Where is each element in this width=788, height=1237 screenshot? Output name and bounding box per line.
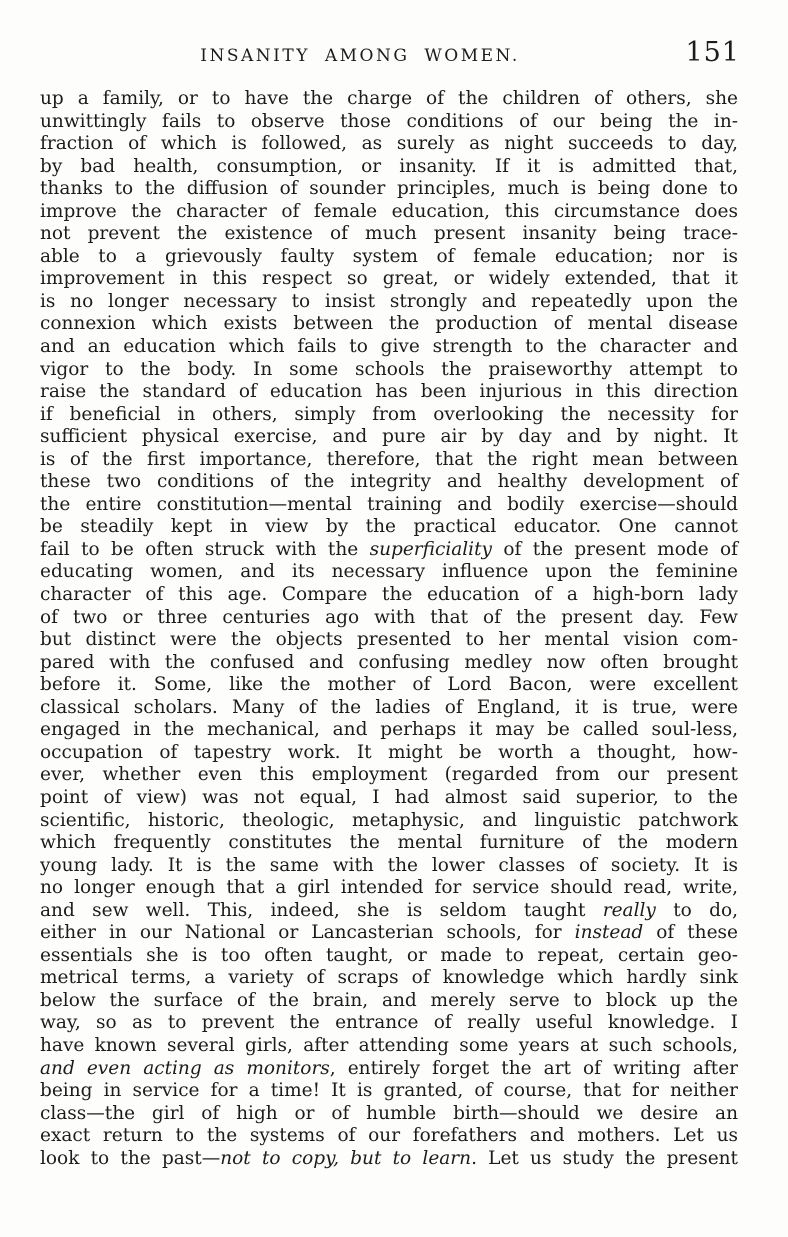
text-line: being in service for a time! It is grant… [40, 1080, 738, 1103]
body-text-segment: young lady. It is the same with the lowe… [40, 855, 738, 876]
text-line: improve the character of female educatio… [40, 201, 738, 224]
text-line: if beneficial in others, simply from ove… [40, 404, 738, 427]
body-text-segment: , entirely forget the art of writing aft… [330, 1058, 738, 1079]
body-text-segment: up a family, or to have the charge of th… [40, 88, 738, 109]
text-line: ever, whether even this employment (rega… [40, 764, 738, 787]
body-text-segment: pared with the confused and confusing me… [40, 652, 738, 673]
body-text-segment: sufficient physical exercise, and pure a… [40, 426, 738, 447]
text-line: no longer enough that a girl intended fo… [40, 877, 738, 900]
italic-text: really [603, 900, 656, 921]
body-text-segment: class—the girl of high or of humble birt… [40, 1103, 738, 1124]
text-line: fail to be often struck with the superfi… [40, 539, 738, 562]
body-text-segment: educating women, and its necessary influ… [40, 561, 738, 582]
text-line: before it. Some, like the mother of Lord… [40, 674, 738, 697]
body-text-segment: to do, [656, 900, 738, 921]
body-text-segment: and sew well. This, indeed, she is seldo… [40, 900, 603, 921]
text-line: point of view) was not equal, I had almo… [40, 787, 738, 810]
body-text-segment: unwittingly fails to observe those condi… [40, 111, 738, 132]
text-line: unwittingly fails to observe those condi… [40, 111, 738, 134]
body-text-segment: the entire constitution—mental training … [40, 494, 738, 515]
text-line: essentials she is too often taught, or m… [40, 945, 738, 968]
text-line: raise the standard of education has been… [40, 381, 738, 404]
body-text-segment: point of view) was not equal, I had almo… [40, 787, 738, 808]
text-line: is no longer necessary to insist strongl… [40, 291, 738, 314]
body-text-segment: below the surface of the brain, and mere… [40, 990, 738, 1011]
body-text-segment: but distinct were the objects presented … [40, 629, 738, 650]
body-text-segment: of these [643, 922, 738, 943]
text-line: of two or three centuries ago with that … [40, 607, 738, 630]
italic-text: instead [575, 922, 644, 943]
text-line: way, so as to prevent the entrance of re… [40, 1012, 738, 1035]
body-text-segment: essentials she is too often taught, or m… [40, 945, 738, 966]
text-line: class—the girl of high or of humble birt… [40, 1103, 738, 1126]
body-text-segment: metrical terms, a variety of scraps of k… [40, 967, 738, 988]
text-line: is of the first importance, therefore, t… [40, 449, 738, 472]
text-line: up a family, or to have the charge of th… [40, 88, 738, 111]
text-line: have known several girls, after attendin… [40, 1035, 738, 1058]
body-text-segment: able to a grievously faulty system of fe… [40, 246, 738, 267]
text-line: sufficient physical exercise, and pure a… [40, 426, 738, 449]
body-text-segment: ever, whether even this employment (rega… [40, 764, 738, 785]
body-text-segment: before it. Some, like the mother of Lord… [40, 674, 738, 695]
body-text-segment: if beneficial in others, simply from ove… [40, 404, 738, 425]
body-text-segment: of two or three centuries ago with that … [40, 607, 738, 628]
text-line: exact return to the systems of our foref… [40, 1125, 738, 1148]
text-line: pared with the confused and confusing me… [40, 652, 738, 675]
body-text-segment: classical scholars. Many of the ladies o… [40, 697, 738, 718]
text-line: connexion which exists between the produ… [40, 313, 738, 336]
text-line: engaged in the mechanical, and perhaps i… [40, 719, 738, 742]
body-text-segment: occupation of tapestry work. It might be… [40, 742, 738, 763]
text-line: and an education which fails to give str… [40, 336, 738, 359]
body-text-segment: have known several girls, after attendin… [40, 1035, 738, 1056]
body-text-segment: no longer enough that a girl intended fo… [40, 877, 738, 898]
page-number: 151 [685, 37, 740, 68]
text-line: young lady. It is the same with the lowe… [40, 855, 738, 878]
text-line: fraction of which is followed, as surely… [40, 133, 738, 156]
body-text-segment: character of this age. Compare the educa… [40, 584, 738, 605]
body-text-segment: improve the character of female educatio… [40, 201, 738, 222]
italic-text: not to copy, but to learn [220, 1148, 471, 1169]
text-line: classical scholars. Many of the ladies o… [40, 697, 738, 720]
text-line: these two conditions of the integrity an… [40, 471, 738, 494]
body-text-segment: exact return to the systems of our foref… [40, 1125, 738, 1146]
body-text-segment: which frequently constitutes the mental … [40, 832, 738, 853]
text-line: vigor to the body. In some schools the p… [40, 359, 738, 382]
text-line: scientific, historic, theologic, metaphy… [40, 810, 738, 833]
text-line: but distinct were the objects presented … [40, 629, 738, 652]
page-header: INSANITY AMONG WOMEN. 151 [40, 42, 740, 76]
book-page: INSANITY AMONG WOMEN. 151 up a family, o… [0, 0, 788, 1237]
text-line: character of this age. Compare the educa… [40, 584, 738, 607]
body-text-segment: and an education which fails to give str… [40, 336, 738, 357]
text-line: be steadily kept in view by the practica… [40, 516, 738, 539]
body-text-segment: connexion which exists between the produ… [40, 313, 738, 334]
body-text-segment: not prevent the existence of much presen… [40, 223, 738, 244]
body-text-segment: these two conditions of the integrity an… [40, 471, 738, 492]
text-line: look to the past—not to copy, but to lea… [40, 1148, 738, 1171]
text-line: improvement in this respect so great, or… [40, 268, 738, 291]
text-line: either in our National or Lancasterian s… [40, 922, 738, 945]
body-text-segment: look to the past— [40, 1148, 220, 1169]
body-text-segment: being in service for a time! It is grant… [40, 1080, 738, 1101]
text-line: by bad health, consumption, or insanity.… [40, 156, 738, 179]
text-line: which frequently constitutes the mental … [40, 832, 738, 855]
text-line: the entire constitution—mental training … [40, 494, 738, 517]
body-text-segment: is of the first importance, therefore, t… [40, 449, 738, 470]
body-text-segment: is no longer necessary to insist strongl… [40, 291, 738, 312]
text-line: and sew well. This, indeed, she is seldo… [40, 900, 738, 923]
running-title: INSANITY AMONG WOMEN. [40, 46, 680, 66]
text-line: occupation of tapestry work. It might be… [40, 742, 738, 765]
italic-text: superficiality [370, 539, 492, 560]
body-text-segment: thanks to the diffusion of sounder princ… [40, 178, 738, 199]
text-line: thanks to the diffusion of sounder princ… [40, 178, 738, 201]
text-line: educating women, and its necessary influ… [40, 561, 738, 584]
body-text-segment: vigor to the body. In some schools the p… [40, 359, 738, 380]
body-text-segment: scientific, historic, theologic, metaphy… [40, 810, 738, 831]
body-text-segment: either in our National or Lancasterian s… [40, 922, 575, 943]
text-line: not prevent the existence of much presen… [40, 223, 738, 246]
text-line: below the surface of the brain, and mere… [40, 990, 738, 1013]
body-text-segment: fraction of which is followed, as surely… [40, 133, 738, 154]
text-line: metrical terms, a variety of scraps of k… [40, 967, 738, 990]
body-text-segment: raise the standard of education has been… [40, 381, 738, 402]
body-text-segment: fail to be often struck with the [40, 539, 370, 560]
body-text-segment: improvement in this respect so great, or… [40, 268, 738, 289]
body-text: up a family, or to have the charge of th… [40, 88, 738, 1170]
body-text-segment: engaged in the mechanical, and perhaps i… [40, 719, 738, 740]
text-line: and even acting as monitors, entirely fo… [40, 1058, 738, 1081]
body-text-segment: be steadily kept in view by the practica… [40, 516, 738, 537]
body-text-segment: . Let us study the present [471, 1148, 738, 1169]
body-text-segment: by bad health, consumption, or insanity.… [40, 156, 738, 177]
body-text-segment: of the present mode of [492, 539, 738, 560]
body-text-segment: way, so as to prevent the entrance of re… [40, 1012, 738, 1033]
italic-text: and even acting as monitors [40, 1058, 330, 1079]
text-line: able to a grievously faulty system of fe… [40, 246, 738, 269]
